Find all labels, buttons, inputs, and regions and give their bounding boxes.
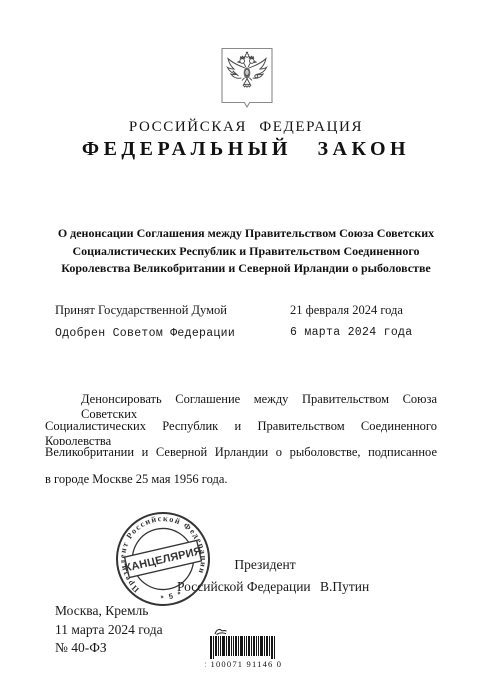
issue-date: 11 марта 2024 года (55, 621, 163, 640)
handwritten-mark-icon (215, 630, 227, 635)
law-title-line: Социалистических Республик и Правительст… (40, 243, 452, 261)
law-title-line: О денонсации Соглашения между Правительс… (40, 225, 452, 243)
approved-by-council-label: Одобрен Советом Федерации (55, 327, 235, 340)
body-line: Денонсировать Соглашение между Правитель… (45, 392, 437, 419)
document-type-heading: ФЕДЕРАЛЬНЫЙ ЗАКОН (0, 138, 492, 161)
stamp-bottom-number: * 5 * (160, 589, 183, 603)
document-barcode: 2 100071 91146 0 (205, 627, 281, 669)
body-line: Великобритании и Северной Ирландии о рыб… (45, 445, 437, 472)
law-body-paragraph: Денонсировать Соглашение между Правитель… (45, 392, 437, 498)
body-line: в городе Москве 25 мая 1956 года. (45, 472, 437, 499)
adopted-by-duma-date: 21 февраля 2024 года (290, 303, 403, 318)
signatory-name: В.Путин (320, 579, 369, 595)
adopted-by-duma-label: Принят Государственной Думой (55, 303, 227, 317)
law-number: № 40-ФЗ (55, 639, 163, 658)
approved-by-council-date: 6 марта 2024 года (290, 326, 412, 339)
adoption-block: Принят Государственной Думой 21 февраля … (55, 303, 445, 349)
issue-place: Москва, Кремль (55, 602, 163, 621)
law-document-page: РОССИЙСКАЯ ФЕДЕРАЦИЯ ФЕДЕРАЛЬНЫЙ ЗАКОН О… (0, 0, 492, 698)
body-line: Социалистических Республик и Правительст… (45, 419, 437, 446)
issue-block: Москва, Кремль 11 марта 2024 года № 40-Ф… (55, 602, 163, 658)
country-heading: РОССИЙСКАЯ ФЕДЕРАЦИЯ (0, 119, 492, 136)
law-title: О денонсации Соглашения между Правительс… (40, 225, 452, 278)
law-title-line: Королевства Великобритании и Северной Ир… (40, 260, 452, 278)
barcode-bars (210, 636, 275, 659)
barcode-number: 2 100071 91146 0 (205, 659, 281, 669)
russia-coat-of-arms-icon (220, 47, 274, 111)
